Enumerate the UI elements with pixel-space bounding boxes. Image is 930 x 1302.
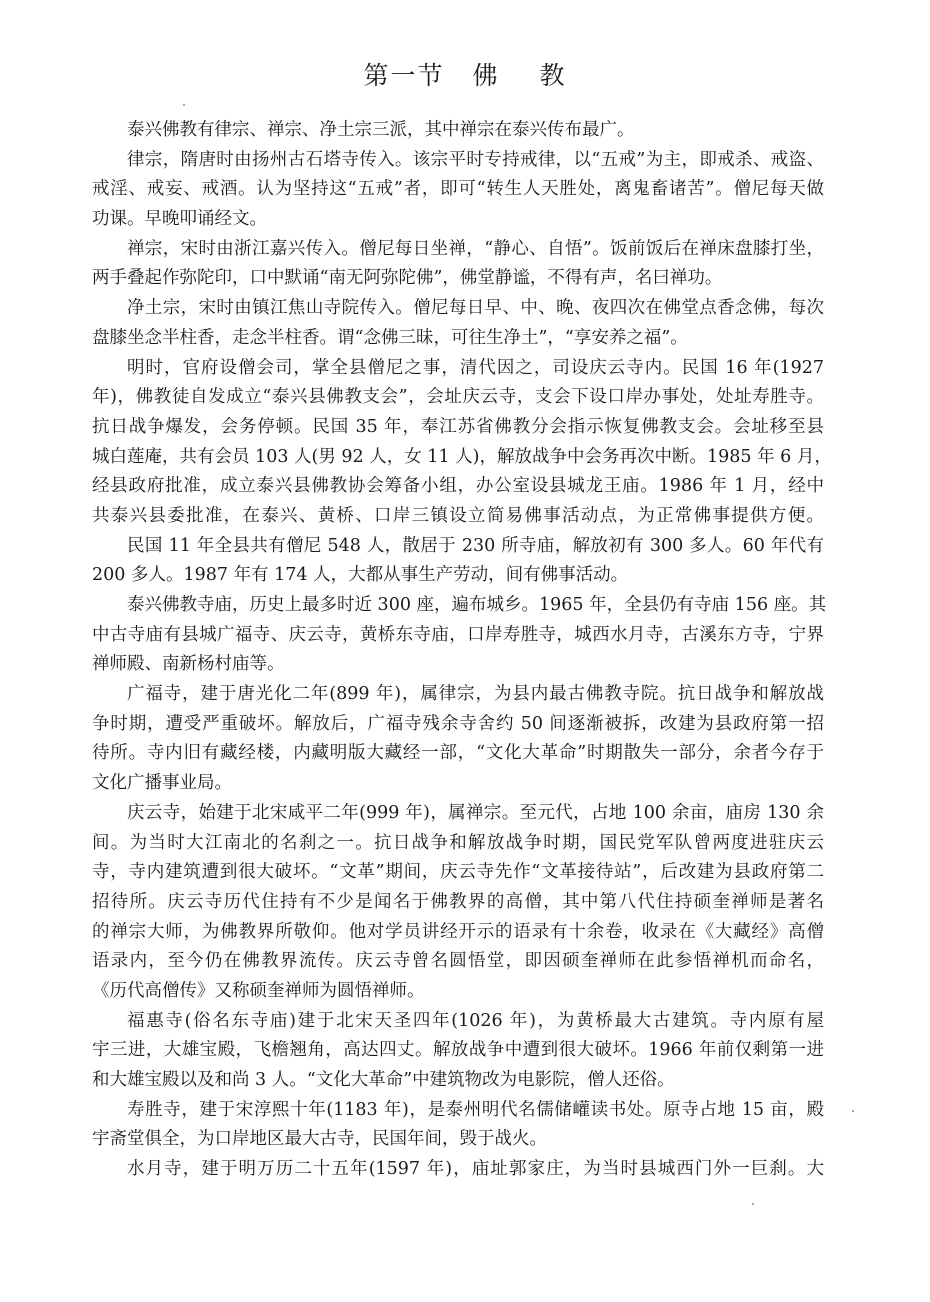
text-line: 宇斋堂俱全，为口岸地区最大古寺，民国年间，毁于战火。 (92, 1125, 824, 1155)
text-line: 净土宗，宋时由镇江焦山寺院传入。僧尼每日早、中、晚、夜四次在佛堂点香念佛，每次 (92, 294, 824, 324)
text-line: 《历代高僧传》又称硕奎禅师为圆悟禅师。 (92, 977, 824, 1007)
text-line: 福惠寺(俗名东寺庙)建于北宋天圣四年(1026 年)，为黄桥最大古建筑。寺内原有… (92, 1007, 824, 1037)
paragraph-jingtu-zong: 净土宗，宋时由镇江焦山寺院传入。僧尼每日早、中、晚、夜四次在佛堂点香念佛，每次 … (92, 294, 824, 353)
text-line: 抗日战争爆发，会务停顿。民国 35 年，奉江苏省佛教分会指示恢复佛教支会。会址移… (92, 413, 824, 443)
text-line: 招待所。庆云寺历代住持有不少是闻名于佛教界的高僧，其中第八代住持硕奎禅师是著名 (92, 888, 824, 918)
paragraph-guangfu-temple: 广福寺，建于唐光化二年(899 年)，属律宗，为县内最古佛教寺院。抗日战争和解放… (92, 680, 824, 799)
text-line: 年)，佛教徒自发成立“泰兴县佛教支会”，会址庆云寺，支会下设口岸办事处，处址寿胜… (92, 383, 824, 413)
text-line: 共泰兴县委批准，在泰兴、黄桥、口岸三镇设立简易佛事活动点，为正常佛事提供方便。 (92, 502, 824, 532)
paragraph-temples-overview: 泰兴佛教寺庙，历史上最多时近 300 座，遍布城乡。1965 年，全县仍有寺庙 … (92, 591, 824, 680)
text-line: 待所。寺内旧有藏经楼，内藏明版大藏经一部，“文化大革命”时期散失一部分，余者今存… (92, 739, 824, 769)
text-line: 庆云寺，始建于北宋咸平二年(999 年)，属禅宗。至元代，占地 100 余亩，庙… (92, 799, 824, 829)
text-line: 200 多人。1987 年有 174 人，大都从事生产劳动，间有佛事活动。 (92, 561, 824, 591)
text-line: 中古寺庙有县城广福寺、庆云寺，黄桥东寺庙，口岸寿胜寺，城西水月寺，古溪东方寺，宁… (92, 621, 824, 651)
section-number: 第一节 (363, 61, 444, 90)
body-text: 泰兴佛教有律宗、禅宗、净土宗三派，其中禅宗在泰兴传布最广。 律宗，隋唐时由扬州古… (92, 116, 824, 1185)
text-line: 民国 11 年全县共有僧尼 548 人，散居于 230 所寺庙，解放初有 300… (92, 532, 824, 562)
text-line: 禅师殿、南新杨村庙等。 (92, 650, 824, 680)
text-line: 文化广播事业局。 (92, 769, 824, 799)
text-line: 间。为当时大江南北的名刹之一。抗日战争和解放战争时期，国民党军队曾两度进驻庆云 (92, 829, 824, 859)
text-line: 寿胜寺，建于宋淳熙十年(1183 年)，是泰州明代名儒储巏读书处。原寺占地 15… (92, 1096, 824, 1126)
paragraph-lu-zong: 律宗，隋唐时由扬州古石塔寺传入。该宗平时专持戒律，以“五戒”为主，即戒杀、戒盗、… (92, 146, 824, 235)
paragraph-fuhui-temple: 福惠寺(俗名东寺庙)建于北宋天圣四年(1026 年)，为黄桥最大古建筑。寺内原有… (92, 1007, 824, 1096)
paragraph-chan-zong: 禅宗，宋时由浙江嘉兴传入。僧尼每日坐禅，“静心、自悟”。饭前饭后在禅床盘膝打坐，… (92, 235, 824, 294)
text-line: 泰兴佛教寺庙，历史上最多时近 300 座，遍布城乡。1965 年，全县仍有寺庙 … (92, 591, 824, 621)
text-line: 戒淫、戒妄、戒酒。认为坚持这“五戒”者，即可“转生人天胜处，离鬼畜诸苦”。僧尼每… (92, 175, 824, 205)
text-line: 的禅宗大师，为佛教界所敬仰。他对学员讲经开示的语录有十余卷，收录在《大藏经》高僧 (92, 918, 824, 948)
document-page: 第一节佛教 泰兴佛教有律宗、禅宗、净土宗三派，其中禅宗在泰兴传布最广。 律宗，隋… (0, 0, 930, 1302)
text-line: 泰兴佛教有律宗、禅宗、净土宗三派，其中禅宗在泰兴传布最广。 (92, 116, 824, 146)
text-line: 律宗，隋唐时由扬州古石塔寺传入。该宗平时专持戒律，以“五戒”为主，即戒杀、戒盗、 (92, 146, 824, 176)
paragraph-organization-history: 明时，官府设僧会司，掌全县僧尼之事，清代因之，司设庆云寺内。民国 16 年(19… (92, 354, 824, 532)
text-line: 明时，官府设僧会司，掌全县僧尼之事，清代因之，司设庆云寺内。民国 16 年(19… (92, 354, 824, 384)
paragraph-overview: 泰兴佛教有律宗、禅宗、净土宗三派，其中禅宗在泰兴传布最广。 (92, 116, 824, 146)
text-line: 经县政府批准，成立泰兴县佛教协会筹备小组，办公室设县城龙王庙。1986 年 1 … (92, 472, 824, 502)
text-line: 和大雄宝殿以及和尚 3 人。“文化大革命”中建筑物改为电影院，僧人还俗。 (92, 1066, 824, 1096)
section-title-word-1: 佛 (472, 61, 499, 90)
text-line: 寺，寺内建筑遭到很大破坏。“文革”期间，庆云寺先作“文革接待站”，后改建为县政府… (92, 858, 824, 888)
scan-speck (183, 104, 185, 106)
text-line: 两手叠起作弥陀印，口中默诵“南无阿弥陀佛”，佛堂静谧，不得有声，名曰禅功。 (92, 264, 824, 294)
text-line: 广福寺，建于唐光化二年(899 年)，属律宗，为县内最古佛教寺院。抗日战争和解放… (92, 680, 824, 710)
section-title: 第一节佛教 (0, 56, 930, 92)
text-line: 功课。早晚叩诵经文。 (92, 205, 824, 235)
text-line: 水月寺，建于明万历二十五年(1597 年)，庙址郭家庄，为当时县城西门外一巨刹。… (92, 1155, 824, 1185)
scan-speck (852, 1110, 854, 1112)
paragraph-qingyun-temple: 庆云寺，始建于北宋咸平二年(999 年)，属禅宗。至元代，占地 100 余亩，庙… (92, 799, 824, 1007)
section-title-word-2: 教 (540, 61, 567, 90)
text-line: 语录内，至今仍在佛教界流传。庆云寺曾名圆悟堂，即因硕奎禅师在此参悟禅机而命名， (92, 947, 824, 977)
paragraph-monk-population: 民国 11 年全县共有僧尼 548 人，散居于 230 所寺庙，解放初有 300… (92, 532, 824, 591)
text-line: 禅宗，宋时由浙江嘉兴传入。僧尼每日坐禅，“静心、自悟”。饭前饭后在禅床盘膝打坐， (92, 235, 824, 265)
text-line: 盘膝坐念半柱香，走念半柱香。谓“念佛三昧，可往生净土”，“享安养之福”。 (92, 324, 824, 354)
text-line: 争时期，遭受严重破坏。解放后，广福寺残余寺舍约 50 间逐渐被拆，改建为县政府第… (92, 710, 824, 740)
paragraph-shousheng-temple: 寿胜寺，建于宋淳熙十年(1183 年)，是泰州明代名儒储巏读书处。原寺占地 15… (92, 1096, 824, 1155)
text-line: 城白莲庵，共有会员 103 人(男 92 人，女 11 人)，解放战争中会务再次… (92, 443, 824, 473)
text-line: 宇三进，大雄宝殿，飞檐翘角，高达四丈。解放战争中遭到很大破坏。1966 年前仅剩… (92, 1036, 824, 1066)
scan-speck (752, 1203, 754, 1205)
paragraph-shuiyue-temple: 水月寺，建于明万历二十五年(1597 年)，庙址郭家庄，为当时县城西门外一巨刹。… (92, 1155, 824, 1185)
